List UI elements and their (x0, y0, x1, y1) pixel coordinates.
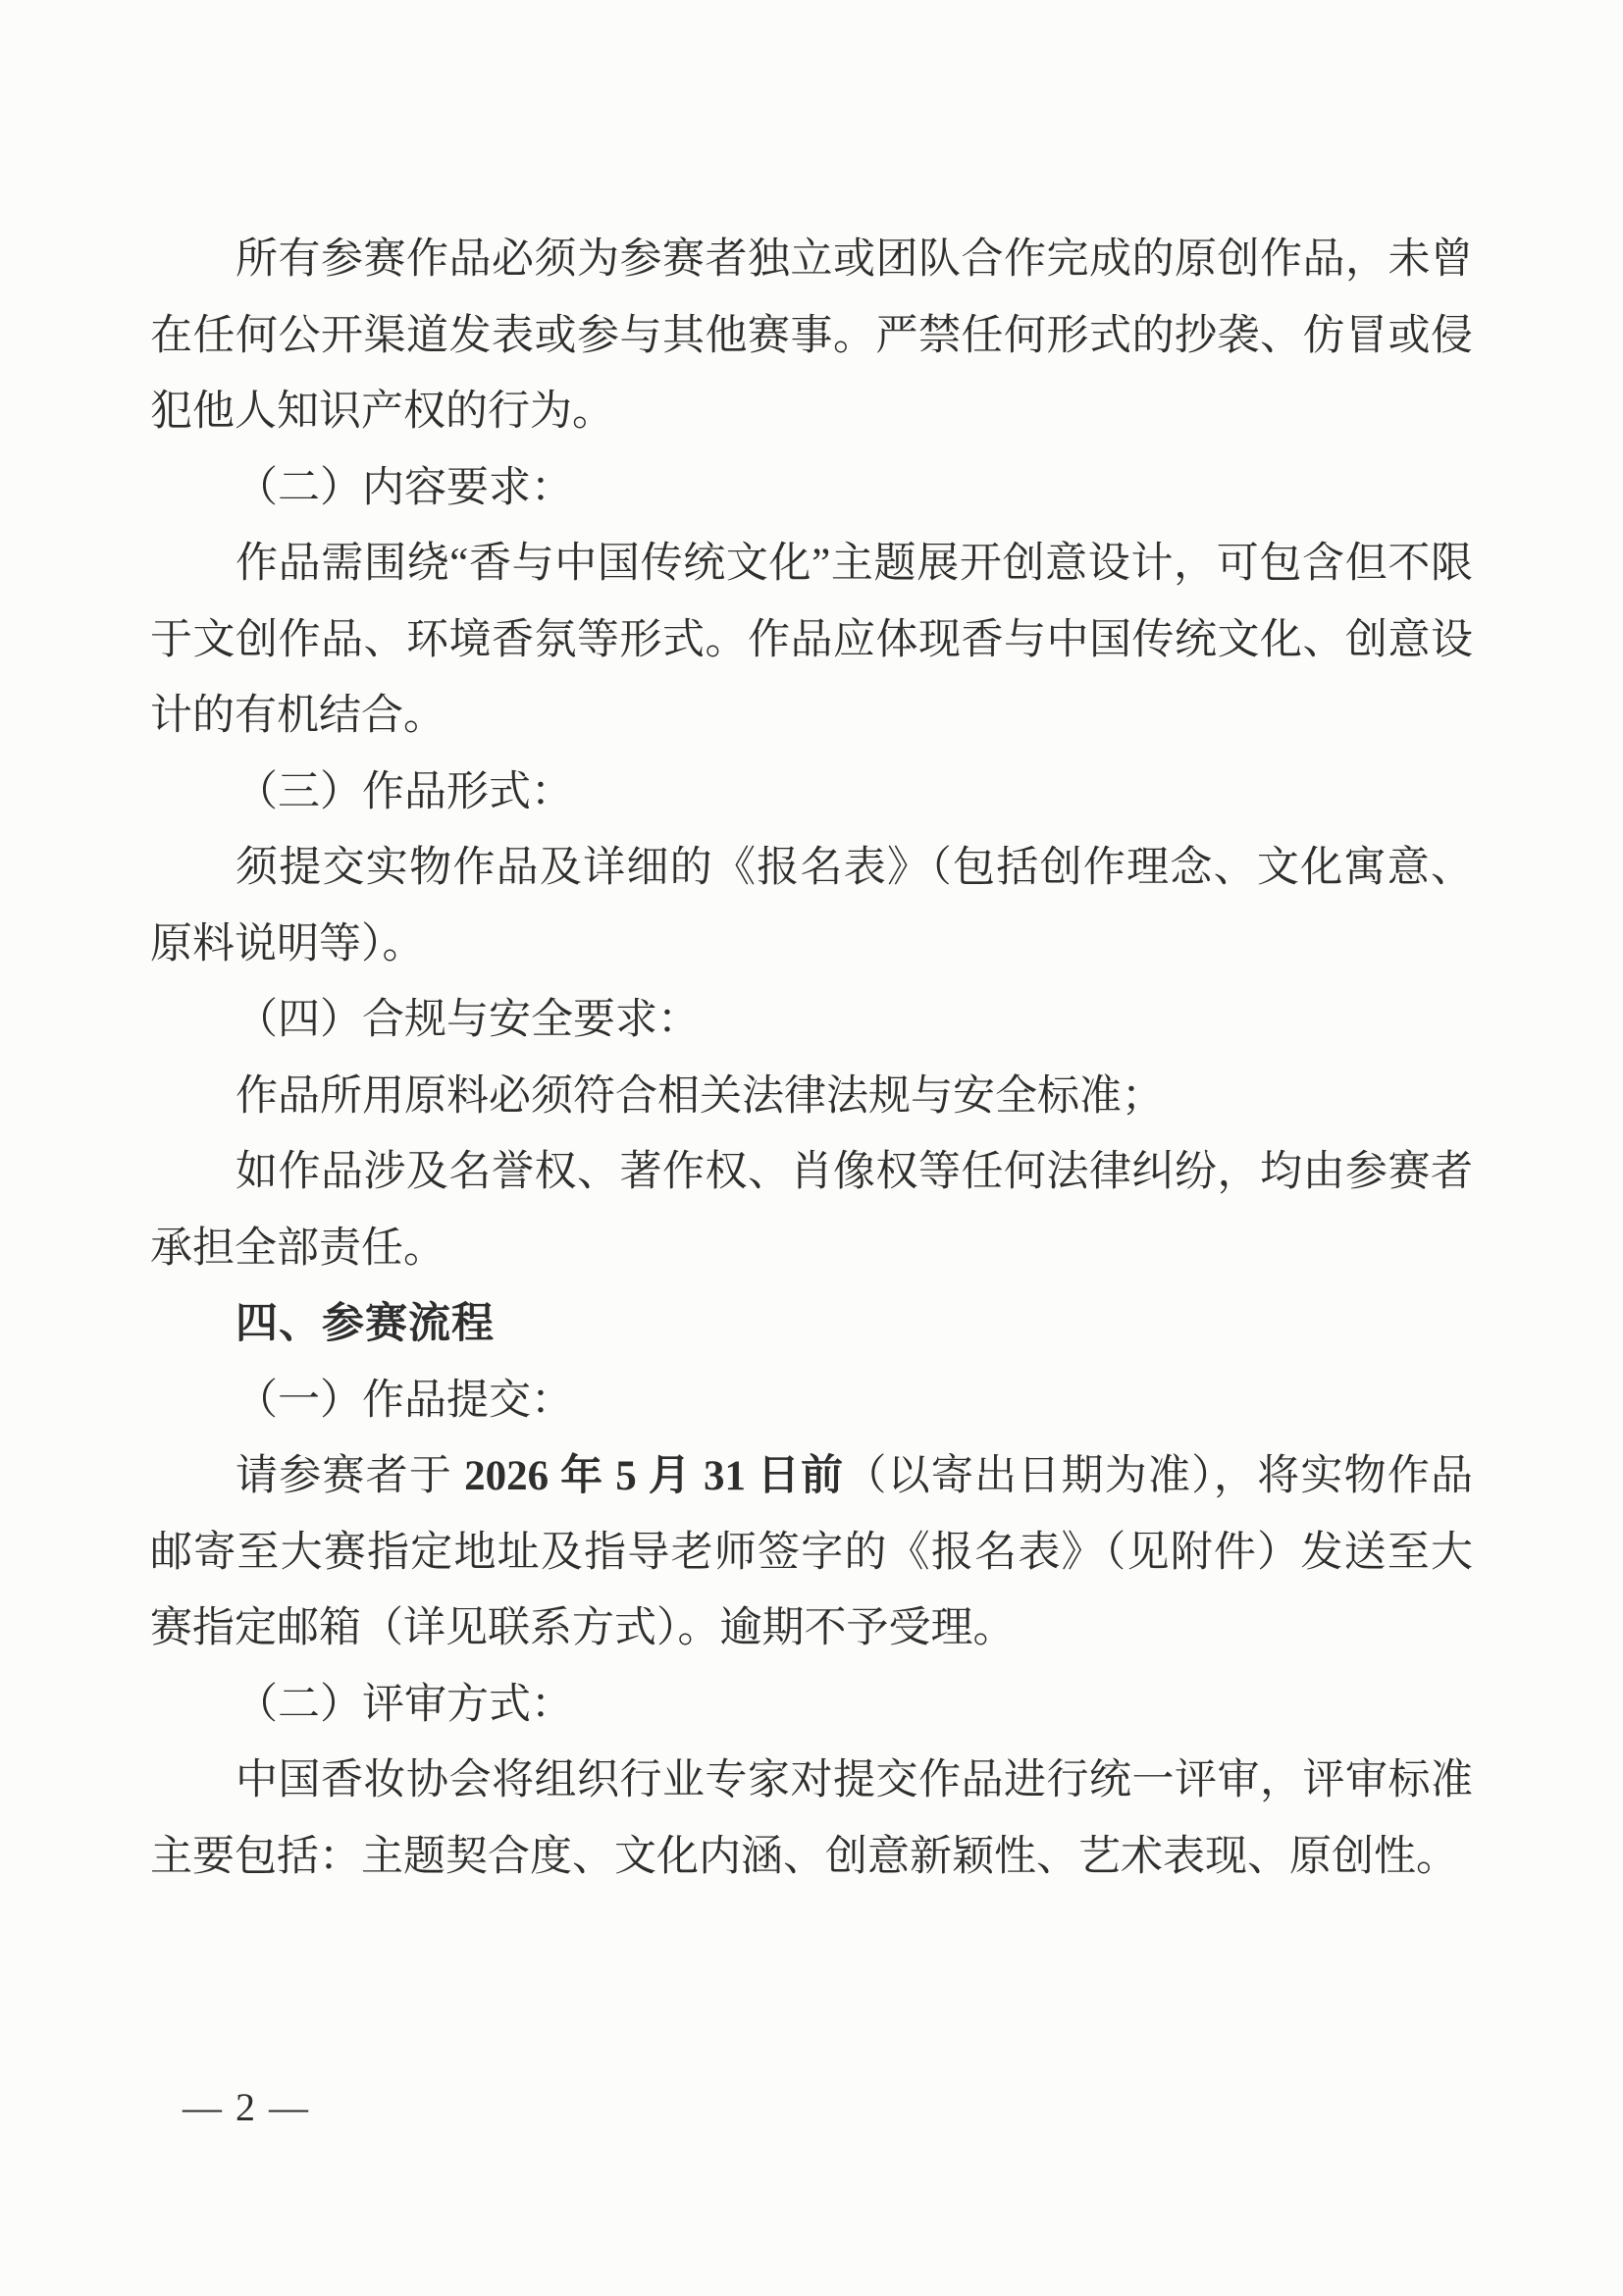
text-run: 犯他人知识产权的行为。 (150, 389, 614, 435)
document-body: 所有参赛作品必须为参赛者独立或团队合作完成的原创作品，未曾在任何公开渠道发表或参… (150, 222, 1473, 1895)
text-run: （以寄出日期为准），将实物作品 (844, 1453, 1473, 1499)
text-line: 于文创作品、环境香氛等形式。作品应体现香与中国传统文化、创意设 (150, 602, 1473, 679)
text-run: （四）合规与安全要求： (236, 997, 700, 1043)
text-line: 犯他人知识产权的行为。 (150, 374, 1473, 450)
text-line: 主要包括：主题契合度、文化内涵、创意新颖性、艺术表现、原创性。 (150, 1819, 1473, 1896)
text-line: （二）评审方式： (150, 1667, 1473, 1744)
text-run: （二）内容要求： (236, 465, 573, 511)
text-line: 如作品涉及名誉权、著作权、肖像权等任何法律纠纷，均由参赛者 (150, 1134, 1473, 1211)
text-run: 作品需围绕“香与中国传统文化”主题展开创意设计，可包含但不限 (236, 541, 1473, 587)
text-line: 中国香妆协会将组织行业专家对提交作品进行统一评审，评审标准 (150, 1743, 1473, 1819)
text-run: 计的有机结合。 (150, 693, 445, 739)
text-run: 须提交实物作品及详细的《报名表》（包括创作理念、文化寓意、 (236, 845, 1473, 891)
text-line: （四）合规与安全要求： (150, 982, 1473, 1059)
text-run: 所有参赛作品必须为参赛者独立或团队合作完成的原创作品，未曾 (236, 236, 1473, 283)
text-line: 在任何公开渠道发表或参与其他赛事。严禁任何形式的抄袭、仿冒或侵 (150, 298, 1473, 375)
text-run: 如作品涉及名誉权、著作权、肖像权等任何法律纠纷，均由参赛者 (236, 1149, 1473, 1195)
text-run: 邮寄至大赛指定地址及指导老师签字的《报名表》（见附件）发送至大 (150, 1530, 1473, 1576)
text-line: （三）作品形式： (150, 755, 1473, 831)
text-run: 中国香妆协会将组织行业专家对提交作品进行统一评审，评审标准 (236, 1757, 1473, 1803)
text-line: 邮寄至大赛指定地址及指导老师签字的《报名表》（见附件）发送至大 (150, 1515, 1473, 1592)
text-line: 所有参赛作品必须为参赛者独立或团队合作完成的原创作品，未曾 (150, 222, 1473, 298)
text-line: （二）内容要求： (150, 450, 1473, 527)
text-line: 作品需围绕“香与中国传统文化”主题展开创意设计，可包含但不限 (150, 526, 1473, 602)
text-run: 四、参赛流程 (236, 1300, 495, 1347)
text-line: 作品所用原料必须符合相关法律法规与安全标准； (150, 1059, 1473, 1135)
text-line: 请参赛者于 2026 年 5 月 31 日前（以寄出日期为准），将实物作品 (150, 1438, 1473, 1515)
text-line: 计的有机结合。 (150, 678, 1473, 755)
text-line: 承担全部责任。 (150, 1211, 1473, 1287)
text-line: 须提交实物作品及详细的《报名表》（包括创作理念、文化寓意、 (150, 830, 1473, 907)
page-number: — 2 — (183, 2084, 310, 2131)
text-run: 于文创作品、环境香氛等形式。作品应体现香与中国传统文化、创意设 (150, 617, 1473, 663)
text-run: 赛指定邮箱（详见联系方式）。逾期不予受理。 (150, 1605, 1016, 1651)
text-line: 原料说明等）。 (150, 907, 1473, 983)
text-run: 承担全部责任。 (150, 1226, 445, 1272)
text-run: （一）作品提交： (236, 1378, 573, 1424)
text-run: 原料说明等）。 (150, 921, 425, 967)
text-line: 赛指定邮箱（详见联系方式）。逾期不予受理。 (150, 1591, 1473, 1667)
text-run: 在任何公开渠道发表或参与其他赛事。严禁任何形式的抄袭、仿冒或侵 (150, 313, 1473, 359)
deadline-emphasis: 2026 年 5 月 31 日前 (464, 1453, 844, 1499)
text-run: 作品所用原料必须符合相关法律法规与安全标准； (236, 1073, 1164, 1120)
text-line: （一）作品提交： (150, 1363, 1473, 1439)
section-heading: 四、参赛流程 (150, 1286, 1473, 1363)
text-run: 请参赛者于 (236, 1453, 464, 1499)
text-run: （三）作品形式： (236, 769, 573, 815)
document-page: 所有参赛作品必须为参赛者独立或团队合作完成的原创作品，未曾在任何公开渠道发表或参… (0, 0, 1623, 2296)
text-run: 主要包括：主题契合度、文化内涵、创意新颖性、艺术表现、原创性。 (150, 1834, 1458, 1880)
text-run: （二）评审方式： (236, 1682, 573, 1728)
